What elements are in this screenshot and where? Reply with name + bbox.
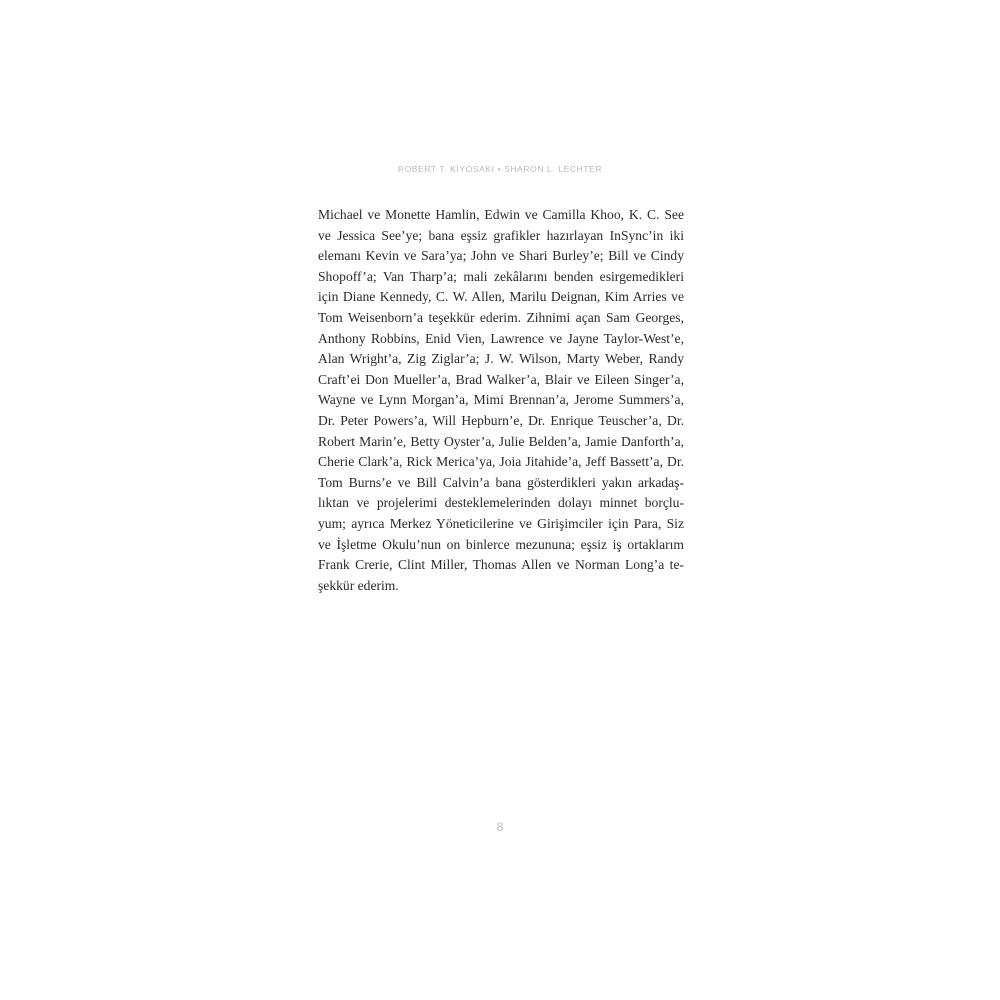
- text-line: Robert Marin’e, Betty Oyster’a, Julie Be…: [318, 432, 684, 453]
- text-line: Dr. Peter Powers’a, Will Hepburn’e, Dr. …: [318, 411, 684, 432]
- text-line: Alan Wright’a, Zig Ziglar’a; J. W. Wilso…: [318, 349, 684, 370]
- text-line: Anthony Robbins, Enid Vien, Lawrence ve …: [318, 329, 684, 350]
- text-line: yum; ayrıca Merkez Yöneticilerine ve Gir…: [318, 514, 684, 535]
- text-line: Craft’ei Don Mueller’a, Brad Walker’a, B…: [318, 370, 684, 391]
- text-line: ve Jessica See’ye; bana eşsiz grafikler …: [318, 226, 684, 247]
- text-line: lıktan ve projelerimi desteklemelerinden…: [318, 493, 684, 514]
- text-line: Cherie Clark’a, Rick Merica’ya, Joia Jit…: [318, 452, 684, 473]
- book-page: ROBERT T. KIYOSAKI • SHARON L. LECHTER M…: [0, 0, 1000, 1000]
- text-line: ve İşletme Okulu’nun on binlerce mezunun…: [318, 535, 684, 556]
- text-line: için Diane Kennedy, C. W. Allen, Marilu …: [318, 287, 684, 308]
- running-header: ROBERT T. KIYOSAKI • SHARON L. LECHTER: [300, 164, 700, 174]
- page-number: 8: [480, 820, 520, 834]
- text-line: Tom Weisenborn’a teşekkür ederim. Zihnim…: [318, 308, 684, 329]
- text-line: Frank Crerie, Clint Miller, Thomas Allen…: [318, 555, 684, 576]
- text-line: Shopoff’a; Van Tharp’a; mali zekâlarını …: [318, 267, 684, 288]
- acknowledgements-paragraph: Michael ve Monette Hamlin, Edwin ve Cami…: [318, 205, 684, 596]
- text-line: elemanı Kevin ve Sara’ya; John ve Shari …: [318, 246, 684, 267]
- text-line: şekkür ederim.: [318, 576, 684, 597]
- text-line: Wayne ve Lynn Morgan’a, Mimi Brennan’a, …: [318, 390, 684, 411]
- text-line: Michael ve Monette Hamlin, Edwin ve Cami…: [318, 205, 684, 226]
- text-line: Tom Burns’e ve Bill Calvin’a bana göster…: [318, 473, 684, 494]
